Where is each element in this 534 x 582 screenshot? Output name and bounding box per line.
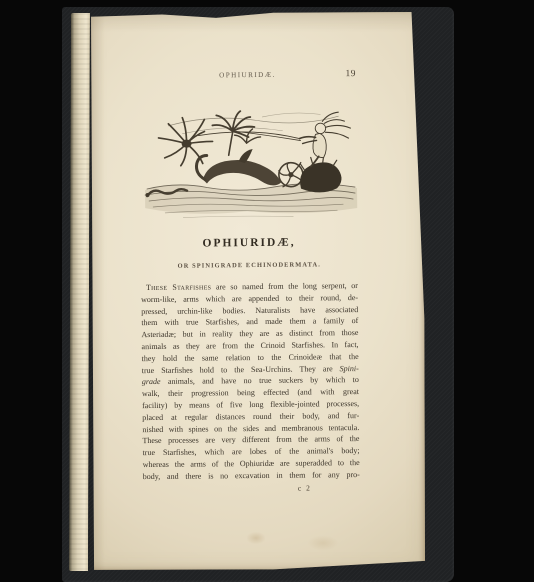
chariot-wheel — [279, 163, 303, 187]
sky-clouds — [168, 113, 338, 134]
book-page: OPHIURIDÆ. 19 — [88, 10, 425, 571]
running-header: OPHIURIDÆ. 19 — [139, 70, 356, 84]
shell-mount — [300, 155, 342, 192]
body-text: These Starfishes are so named from the l… — [141, 280, 360, 483]
chapter-subtitle: OR SPINIGRADE ECHINODERMATA. — [141, 261, 358, 270]
page-edge-stack — [69, 13, 90, 571]
sea-chariot-body — [196, 149, 281, 186]
chapter-title: OPHIURIDÆ, — [140, 236, 357, 250]
body-line: body, and there is no excavation in them… — [143, 469, 360, 483]
cherub-figure — [299, 112, 351, 166]
page-content: OPHIURIDÆ. 19 — [85, 8, 427, 572]
brittle-star-steed — [158, 117, 212, 166]
vignette-illustration — [142, 108, 359, 234]
reins — [198, 131, 300, 142]
running-title: OPHIURIDÆ. — [219, 71, 276, 80]
wing-streamers — [322, 112, 350, 138]
page-number: 19 — [345, 69, 356, 79]
signature-mark: c 2 — [298, 483, 312, 492]
